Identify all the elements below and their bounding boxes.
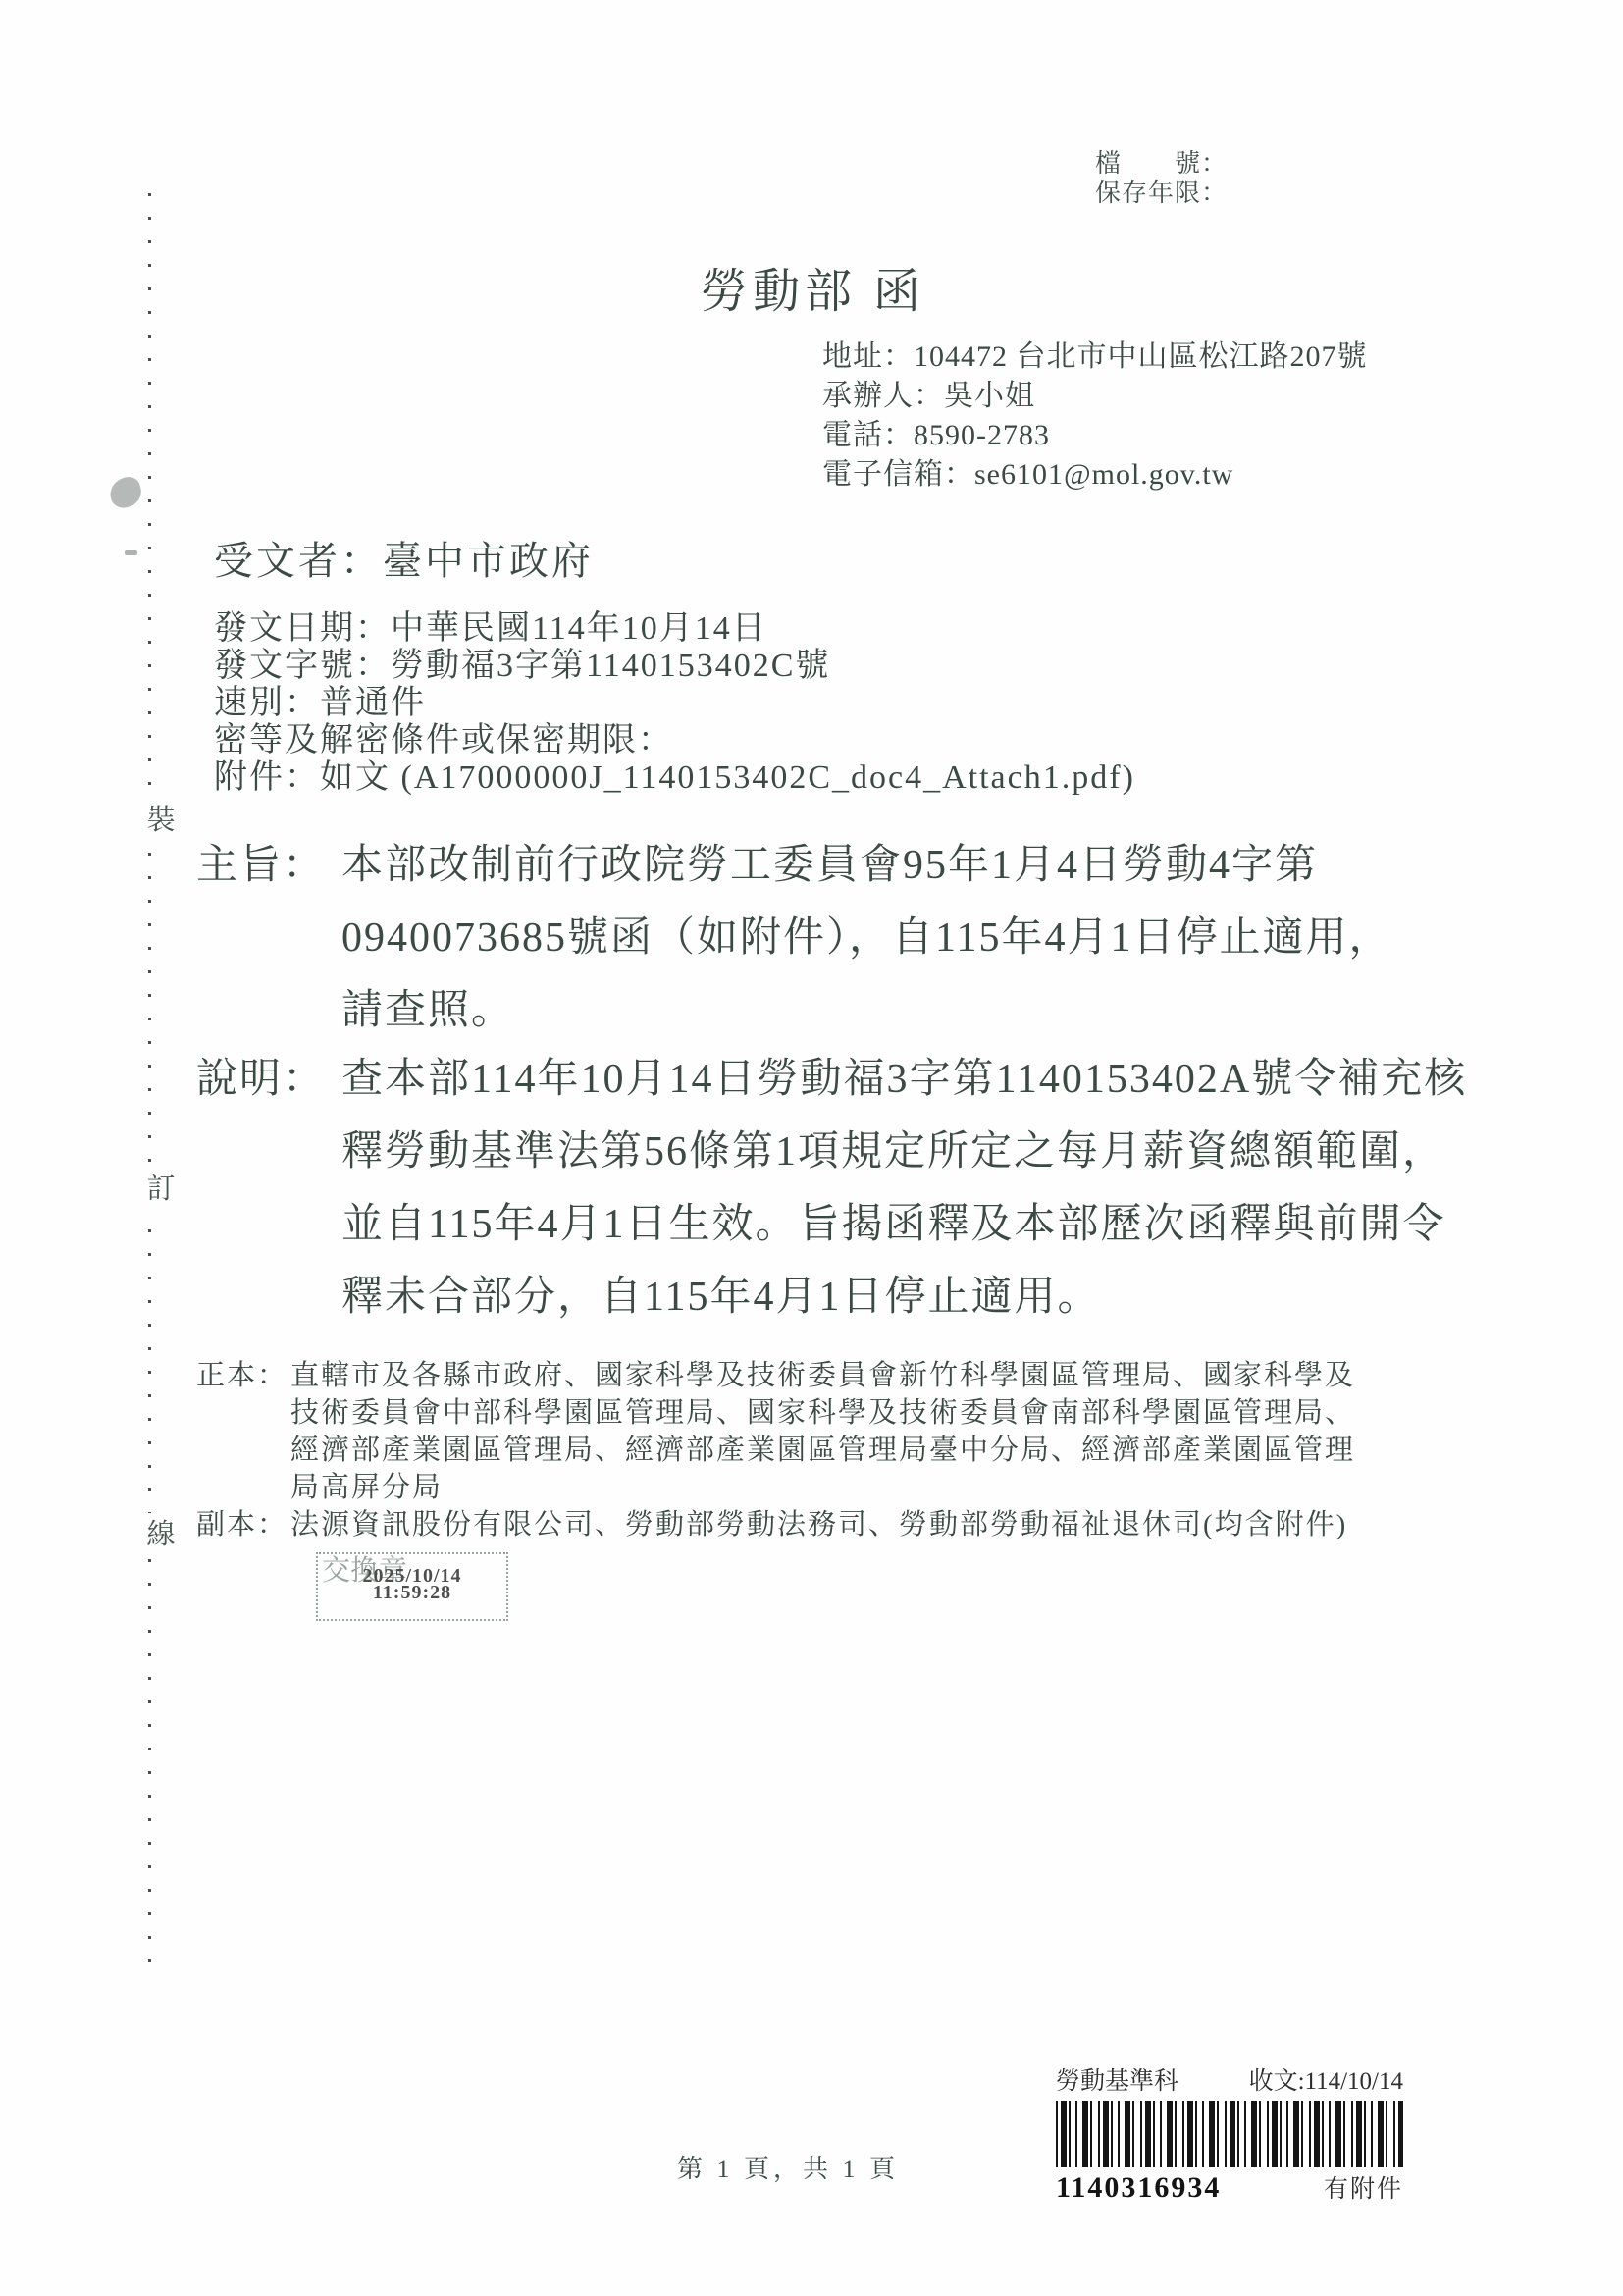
recipient-line: 受文者：臺中市政府 <box>214 530 594 586</box>
binding-mark-xian: 線 <box>143 1513 179 1556</box>
original-copy-row: 正本： 直轄市及各縣市政府、國家科學及技術委員會新竹科學園區管理局、國家科學及 … <box>196 1357 1355 1506</box>
file-number-block: 檔 號： 保存年限： <box>1095 149 1228 208</box>
binding-mark-zhuang: 裝 <box>143 799 179 842</box>
description-label: 說明： <box>196 1043 326 1116</box>
receipt-stamp: 勞動基準科 收文:114/10/14 1140316934 有附件 <box>1056 2066 1403 2205</box>
original-copy-line: 局高屏分局 <box>290 1469 1355 1506</box>
sender-address: 地址：104472 台北市中山區松江路207號 <box>822 338 1368 377</box>
electronic-exchange-stamp: 交換章 2025/10/14 11:59:28 <box>316 1552 508 1621</box>
receipt-date: 收文:114/10/14 <box>1249 2066 1403 2098</box>
description-line: 釋勞動基準法第56條第1項規定所定之每月薪資總額範圍， <box>341 1116 1467 1188</box>
issue-date: 發文日期：中華民國114年10月14日 <box>214 610 1135 648</box>
description-line: 釋未合部分，自115年4月1日停止適用。 <box>341 1261 1467 1333</box>
scan-smudge-small <box>125 550 137 555</box>
scanned-official-letter: 裝 訂 線 檔 號： 保存年限： 勞動部 函 地址：104472 台北市中山區松… <box>0 0 1623 2296</box>
sender-contact-person: 承辦人：吳小姐 <box>822 377 1368 416</box>
description-line: 並自115年4月1日生效。旨揭函釋及本部歷次函釋與前開令 <box>341 1188 1467 1261</box>
subject-line: 請查照。 <box>341 974 1391 1047</box>
receipt-attachment-note: 有附件 <box>1324 2169 1403 2205</box>
binding-dotted-line <box>146 193 152 1977</box>
issue-number: 發文字號：勞動福3字第1140153402C號 <box>214 648 1135 685</box>
sender-info-block: 地址：104472 台北市中山區松江路207號 承辦人：吳小姐 電話：8590-… <box>822 338 1368 495</box>
retention-label: 保存年限： <box>1095 179 1228 208</box>
file-number-label: 檔 號： <box>1095 149 1228 179</box>
cc-copy-line: 法源資訊股份有限公司、勞動部勞動法務司、勞動部勞動福祉退休司(均含附件) <box>290 1506 1355 1543</box>
binding-mark-ding: 訂 <box>143 1168 179 1211</box>
receipt-barcode <box>1056 2101 1403 2167</box>
document-meta-block: 發文日期：中華民國114年10月14日 發文字號：勞動福3字第114015340… <box>214 610 1135 797</box>
security-class: 密等及解密條件或保密期限： <box>214 722 1135 759</box>
page-number: 第 1 頁，共 1 頁 <box>677 2149 899 2185</box>
original-copy-label: 正本： <box>196 1357 288 1394</box>
exchange-stamp-datetime: 2025/10/14 11:59:28 <box>318 1568 506 1601</box>
description-section: 說明： 查本部114年10月14日勞動福3字第1140153402A號令補充核 … <box>196 1043 1467 1333</box>
subject-line: 0940073685號函（如附件），自115年4月1日停止適用， <box>341 902 1391 974</box>
sender-email: 電子信箱：se6101@mol.gov.tw <box>822 455 1368 495</box>
speed-class: 速別：普通件 <box>214 685 1135 722</box>
original-copy-line: 直轄市及各縣市政府、國家科學及技術委員會新竹科學園區管理局、國家科學及 <box>290 1357 1355 1394</box>
scan-smudge <box>107 474 145 510</box>
description-line: 查本部114年10月14日勞動福3字第1140153402A號令補充核 <box>341 1043 1467 1116</box>
subject-section: 主旨： 本部改制前行政院勞工委員會95年1月4日勞動4字第 0940073685… <box>196 829 1391 1047</box>
subject-label: 主旨： <box>196 829 326 902</box>
original-copy-line: 經濟部產業園區管理局、經濟部產業園區管理局臺中分局、經濟部產業園區管理 <box>290 1432 1355 1469</box>
page-title: 勞動部 函 <box>701 253 925 321</box>
receipt-number: 1140316934 <box>1056 2171 1221 2205</box>
distribution-block: 正本： 直轄市及各縣市政府、國家科學及技術委員會新竹科學園區管理局、國家科學及 … <box>196 1357 1355 1543</box>
exchange-stamp-time: 11:59:28 <box>318 1585 506 1601</box>
attachment-note: 附件：如文 (A17000000J_1140153402C_doc4_Attac… <box>214 759 1135 797</box>
sender-phone: 電話：8590-2783 <box>822 416 1368 455</box>
subject-line: 本部改制前行政院勞工委員會95年1月4日勞動4字第 <box>341 829 1391 902</box>
cc-copy-row: 副本： 法源資訊股份有限公司、勞動部勞動法務司、勞動部勞動福祉退休司(均含附件) <box>196 1506 1355 1543</box>
original-copy-line: 技術委員會中部科學園區管理局、國家科學及技術委員會南部科學園區管理局、 <box>290 1394 1355 1432</box>
cc-copy-label: 副本： <box>196 1506 288 1543</box>
receipt-unit: 勞動基準科 <box>1056 2066 1178 2098</box>
